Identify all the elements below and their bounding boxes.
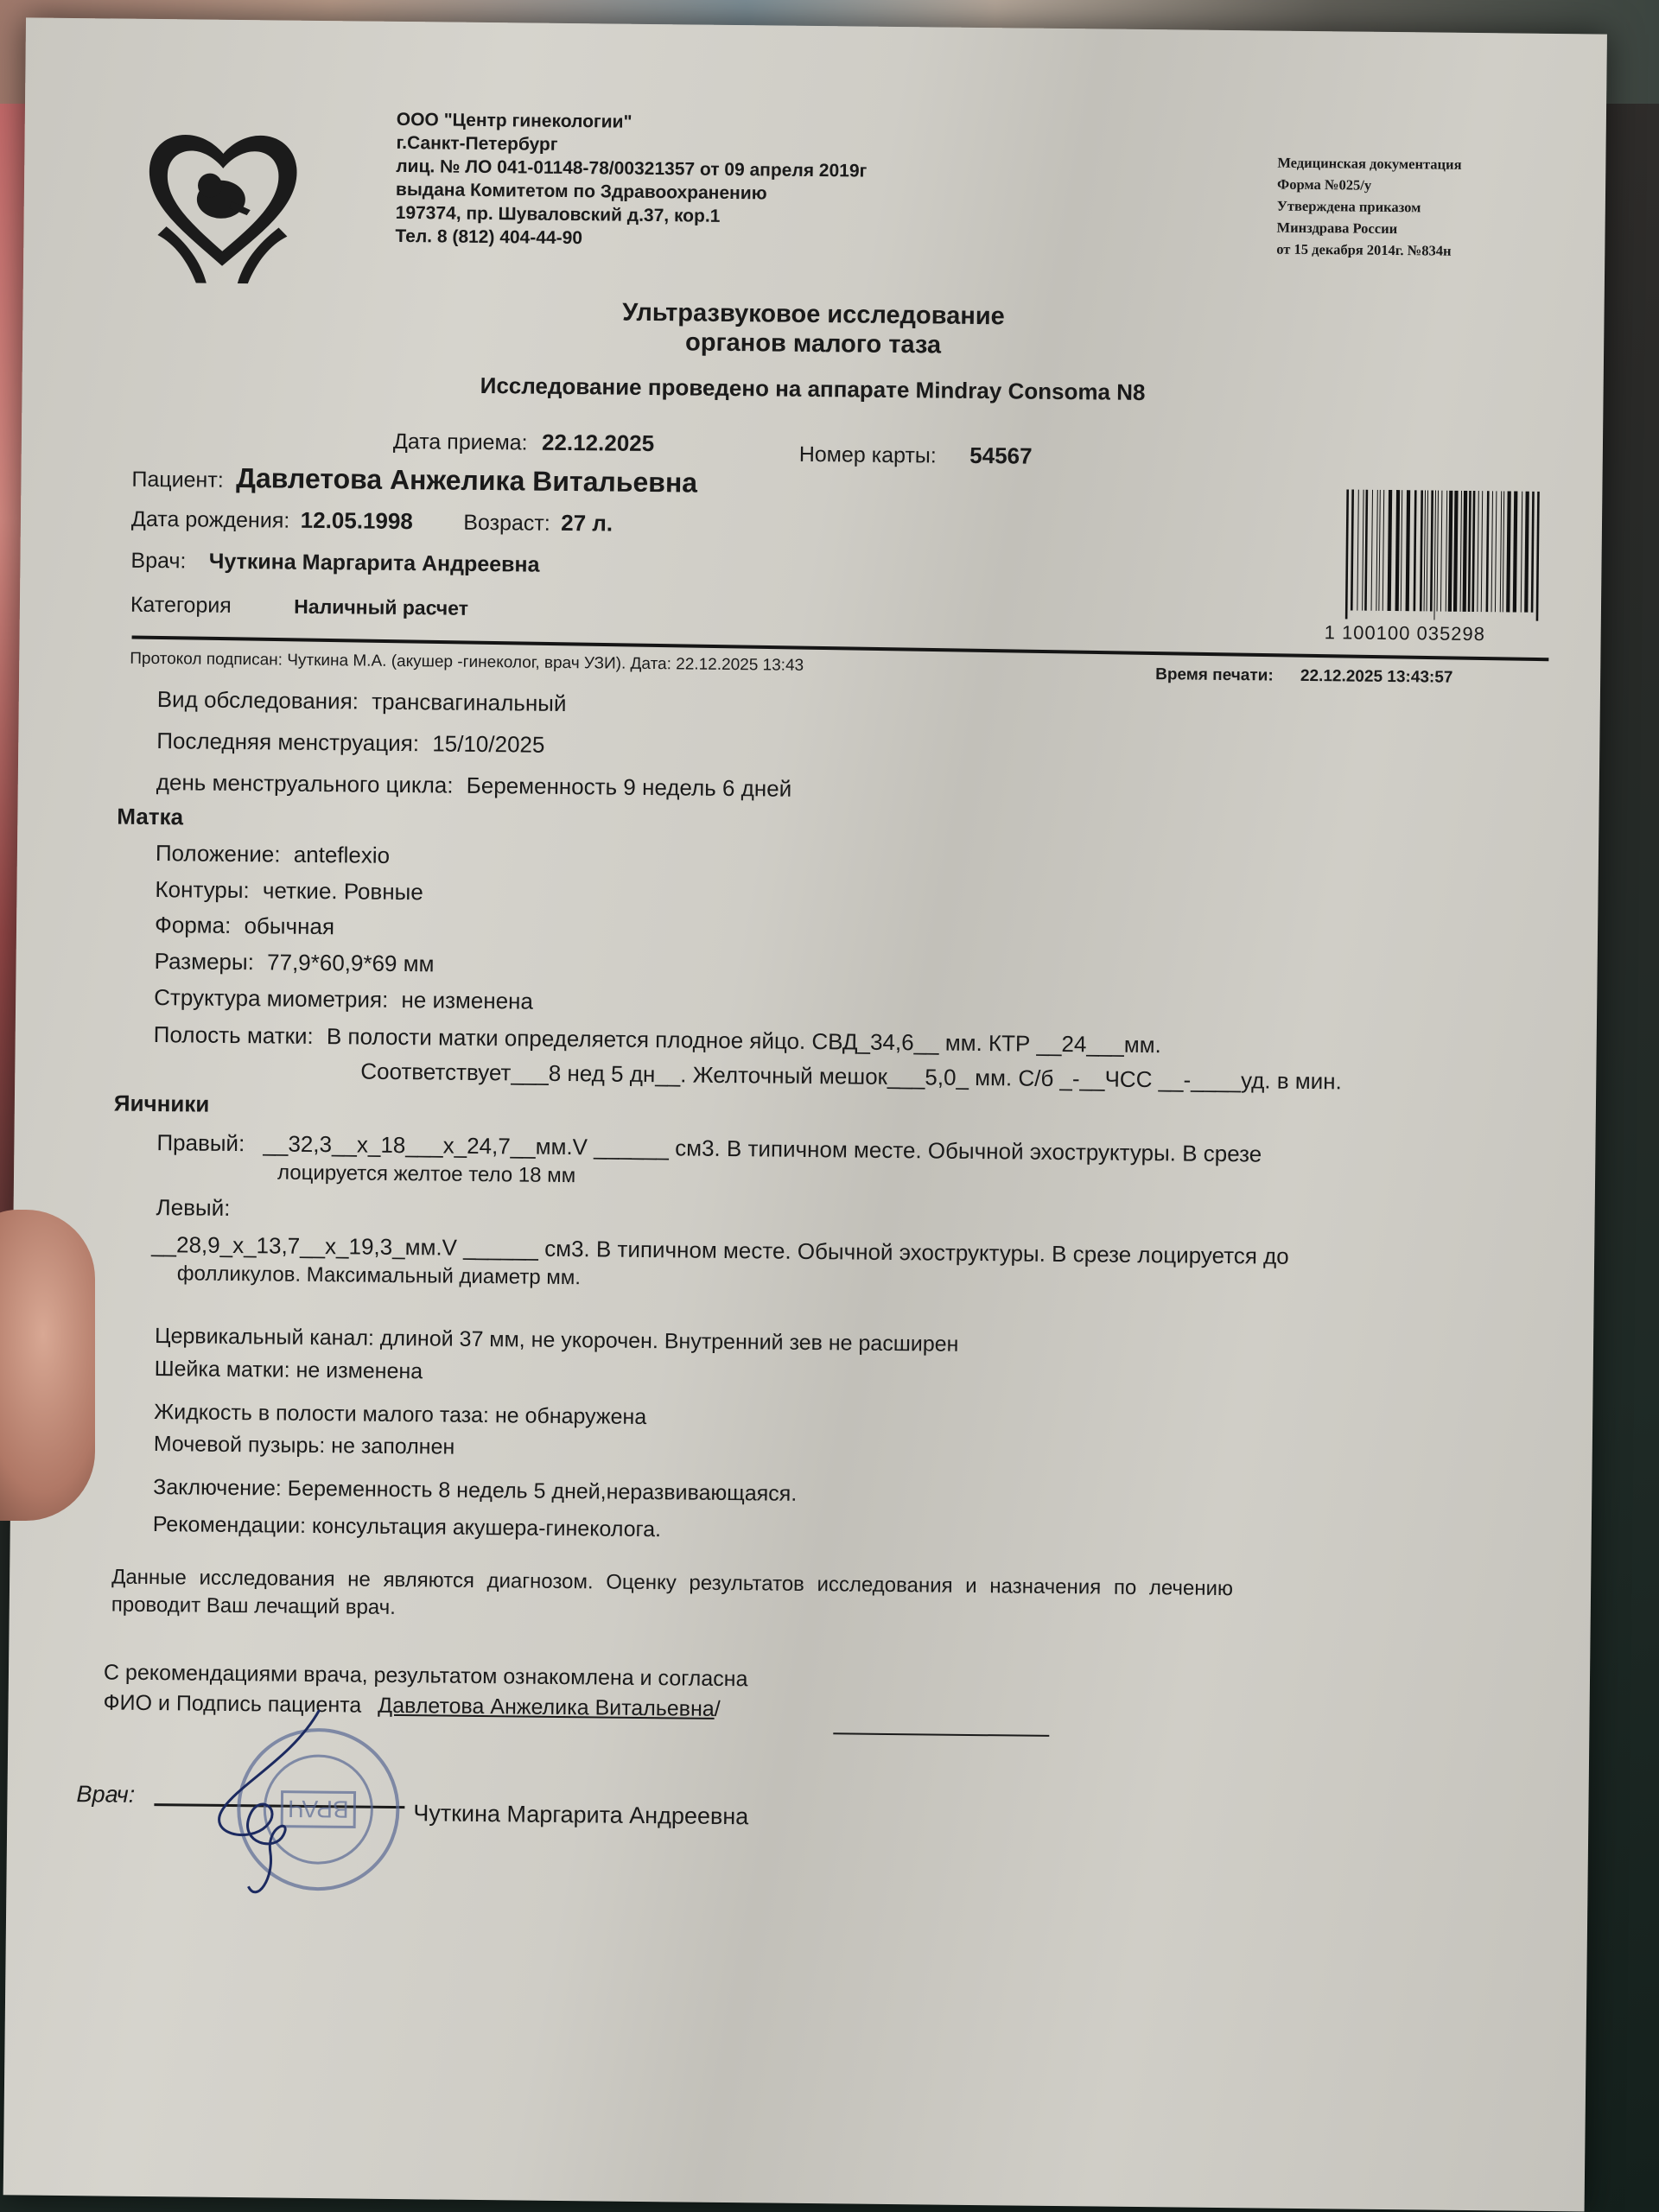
card-number: 54567	[969, 442, 1033, 469]
visit-date: 22.12.2025	[542, 429, 654, 456]
print-time-label: Время печати:	[1155, 665, 1274, 684]
right-ovary-line-2: лоцируется желтое тело 18 мм	[277, 1161, 575, 1189]
left-ovary-label: Левый:	[156, 1194, 230, 1222]
cavity-line-1: В полости матки определяется плодное яйц…	[327, 1023, 1161, 1058]
category-value: Наличный расчет	[294, 595, 468, 620]
print-time: 22.12.2025 13:43:57	[1300, 667, 1453, 687]
size-value: 77,9*60,9*69 мм	[267, 949, 435, 976]
lmp-row: Последняя менструация: 15/10/2025	[156, 728, 544, 759]
patient-signature-name: Давлетова Анжелика Витальевна	[378, 1694, 715, 1721]
exam-type-row: Вид обследования: трансвагинальный	[157, 686, 567, 717]
contours-label: Контуры:	[155, 876, 250, 903]
position-label: Положение:	[156, 840, 281, 868]
age-label: Возраст:	[463, 511, 550, 536]
uterus-position-row: Положение: anteflexio	[156, 840, 390, 869]
cervical-canal: Цервикальный канал: длиной 37 мм, не уко…	[155, 1324, 959, 1357]
visit-date-row: Дата приема: 22.12.2025	[393, 428, 655, 457]
doctor-name: Чуткина Маргарита Андреевна	[209, 550, 540, 577]
right-ovary-line-1: __32,3__х_18___х_24,7__мм.V ______ см3. …	[263, 1130, 1262, 1166]
exam-type: трансвагинальный	[372, 689, 567, 716]
pelvic-fluid: Жидкость в полости малого таза: не обнар…	[154, 1400, 646, 1430]
patient-row: Пациент: Давлетова Анжелика Витальевна	[131, 461, 697, 499]
card-number-label: Номер карты:	[799, 442, 937, 468]
shape-label: Форма:	[155, 912, 232, 938]
signature-slash: /	[715, 1697, 721, 1721]
device-line: Исследование проведено на аппарате Mindr…	[22, 367, 1603, 410]
size-label: Размеры:	[154, 948, 254, 975]
cycle-day-value: Беременность 9 недель 6 дней	[467, 772, 792, 802]
uterus-contours-row: Контуры: четкие. Ровные	[155, 876, 423, 906]
cavity-label: Полость матки:	[154, 1021, 314, 1049]
myometrium-label: Структура миометрия:	[154, 984, 388, 1013]
ovaries-heading: Яичники	[114, 1090, 210, 1118]
conclusion: Заключение: Беременность 8 недель 5 дней…	[153, 1475, 797, 1507]
doctor-sign-label: Врач:	[76, 1781, 135, 1808]
form-line: Медицинская документация	[1277, 152, 1461, 175]
cycle-day-row: день менструального цикла: Беременность …	[156, 769, 792, 803]
dob-row: Дата рождения: 12.05.1998 Возраст: 27 л.	[131, 505, 613, 537]
uterus-heading: Матка	[117, 804, 183, 831]
signature-icon	[188, 1705, 363, 1914]
position-value: anteflexio	[294, 842, 391, 868]
right-ovary-label: Правый:	[156, 1129, 245, 1156]
barcode-number: 1 100100 035298	[1325, 621, 1486, 645]
left-ovary-line-2: фолликулов. Максимальный диаметр мм.	[177, 1262, 581, 1290]
cavity-line-2: Соответствует___8 нед 5 дн__. Желточный …	[360, 1058, 1342, 1096]
patient-label: Пациент:	[131, 467, 224, 493]
uterus-size-row: Размеры: 77,9*60,9*69 мм	[154, 948, 434, 977]
print-time-row: Время печати: 22.12.2025 13:43:57	[1155, 665, 1452, 688]
barcode-icon	[1342, 489, 1542, 620]
organization-header: ООО "Центр гинекологии" г.Санкт-Петербур…	[395, 108, 868, 253]
doctor-sign-name: Чуткина Маргарита Андреевна	[413, 1800, 748, 1830]
uterus-shape-row: Форма: обычная	[155, 912, 334, 940]
dob-value: 12.05.1998	[301, 507, 413, 534]
visit-date-label: Дата приема:	[393, 429, 528, 455]
form-line: Утверждена приказом	[1277, 195, 1461, 219]
doctor-row: Врач: Чуткина Маргарита Андреевна	[130, 549, 539, 578]
myometrium-row: Структура миометрия: не изменена	[154, 984, 533, 1015]
form-line: от 15 декабря 2014г. №834н	[1276, 238, 1460, 262]
cervix: Шейка матки: не изменена	[155, 1357, 423, 1384]
myometrium-value: не изменена	[401, 987, 533, 1014]
form-line: Минздрава России	[1276, 217, 1460, 240]
lmp-value: 15/10/2025	[432, 730, 544, 757]
org-phone: Тел. 8 (812) 404-44-90	[395, 225, 866, 253]
card-number-row: Номер карты: 54567	[799, 441, 1033, 470]
form-approval-block: Медицинская документация Форма №025/у Ут…	[1276, 152, 1461, 262]
age-value: 27 л.	[561, 510, 613, 537]
contours-value: четкие. Ровные	[263, 877, 423, 905]
dob-label: Дата рождения:	[131, 507, 290, 533]
form-line: Форма №025/у	[1277, 174, 1461, 197]
lmp-label: Последняя менструация:	[156, 728, 419, 756]
bladder: Мочевой пузырь: не заполнен	[154, 1432, 455, 1460]
disclaimer-line-2: проводит Ваш лечащий врач.	[111, 1593, 396, 1620]
cavity-row: Полость матки: В полости матки определяе…	[154, 1021, 1161, 1058]
clinic-logo-icon	[136, 114, 310, 289]
exam-type-label: Вид обследования:	[157, 686, 359, 714]
shape-value: обычная	[244, 912, 334, 939]
category-row: Категория Наличный расчет	[130, 593, 468, 621]
holding-hand	[0, 1210, 95, 1521]
cycle-day-label: день менструального цикла:	[156, 769, 454, 798]
consent-line: С рекомендациями врача, результатом озна…	[104, 1660, 748, 1692]
ultrasound-report-sheet: ООО "Центр гинекологии" г.Санкт-Петербур…	[3, 17, 1607, 2211]
category-label: Категория	[130, 593, 232, 618]
recommendations: Рекомендации: консультация акушера-гинек…	[153, 1512, 662, 1542]
patient-name: Давлетова Анжелика Витальевна	[236, 462, 697, 499]
doctor-label: Врач:	[130, 549, 186, 574]
protocol-signed: Протокол подписан: Чуткина М.А. (акушер …	[130, 650, 804, 676]
patient-signature-line	[833, 1732, 1049, 1737]
